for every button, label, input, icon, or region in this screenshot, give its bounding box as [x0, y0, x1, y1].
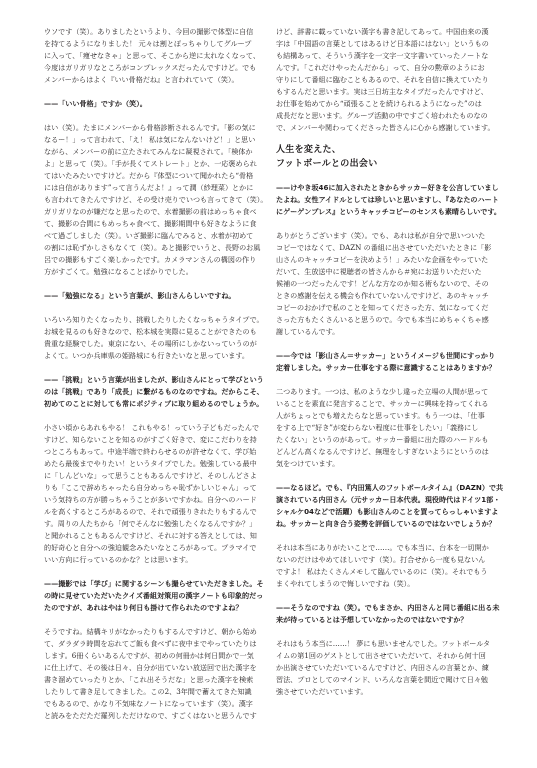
- question-paragraph: ——なるほど。でも、『内田篤人のフットボールタイム』（DAZN）で共 演されてい…: [276, 482, 498, 530]
- answer-paragraph: そうですね。結構キリがなかったりもするんですけど、朝から始め て、ダラダラ時間を…: [44, 626, 264, 722]
- question-paragraph: ——「いい骨格」ですか（笑）。: [44, 98, 264, 110]
- answer-paragraph: いろいろ知りたくなったり、挑戦したりしたくなっちゃうタイプで。 お城を見るのも好…: [44, 314, 264, 362]
- answer-paragraph: 小さい頃からあれもやる！ これもやる！っていう子どもだったんで すけど、知らない…: [44, 422, 264, 566]
- question-paragraph: ——「勉強になる」という言葉が、影山さんらしいですね。: [44, 290, 264, 302]
- answer-paragraph: はい（笑）。たまにメンバーから骨格診断されるんです。「影の気に なるー！」って言…: [44, 122, 264, 278]
- answer-paragraph: ありがとうございます（笑）。でも、あれは私が自分で思いついた コピーではなくて、…: [276, 230, 498, 338]
- magazine-page: ウソです（笑）。ありましたというより、今回の撮影で体型に自信 を持てるようになり…: [0, 0, 537, 768]
- answer-paragraph: それは本当にありがたいことで……。でも本当に、台本を一切開か ないのだけはやめて…: [276, 542, 498, 590]
- question-paragraph: ——撮影では「学び」に関するシーンも撮らせていただきました。そ の時に見せていた…: [44, 578, 264, 614]
- section-heading: 人生を変えた、 フットボールとの出会い: [276, 143, 498, 171]
- right-column: けど、辞書に載っていない漢字も書き記してあって。中国由来の漢 字は「中国語の言葉…: [276, 26, 498, 710]
- left-column: ウソです（笑）。ありましたというより、今回の撮影で体型に自信 を持てるようになり…: [44, 26, 264, 734]
- question-paragraph: ——今では「影山さん＝サッカー」というイメージも世間にすっかり 定着しました。サ…: [276, 350, 498, 374]
- answer-paragraph: ウソです（笑）。ありましたというより、今回の撮影で体型に自信 を持てるようになり…: [44, 26, 264, 86]
- question-paragraph: ——けやき坂46に加入されたときからサッカー好きを公言していまし たよね。女性ア…: [276, 182, 498, 218]
- answer-paragraph: けど、辞書に載っていない漢字も書き記してあって。中国由来の漢 字は「中国語の言葉…: [276, 26, 498, 134]
- question-paragraph: ——「挑戦」という言葉が出ましたが、影山さんにとって学びという のは「挑戦」であ…: [44, 374, 264, 410]
- question-paragraph: ——そうなのですね（笑）。でもまさか、内田さんと同じ番組に出る未 来が待っている…: [276, 602, 498, 626]
- answer-paragraph: 二つあります。一つは、私のような少し違った立場の人間が思って いることを素直に発…: [276, 386, 498, 470]
- answer-paragraph: それはもう本当に……！ 夢にも思いませんでした。フットボールタ イムの第1回のゲ…: [276, 638, 498, 698]
